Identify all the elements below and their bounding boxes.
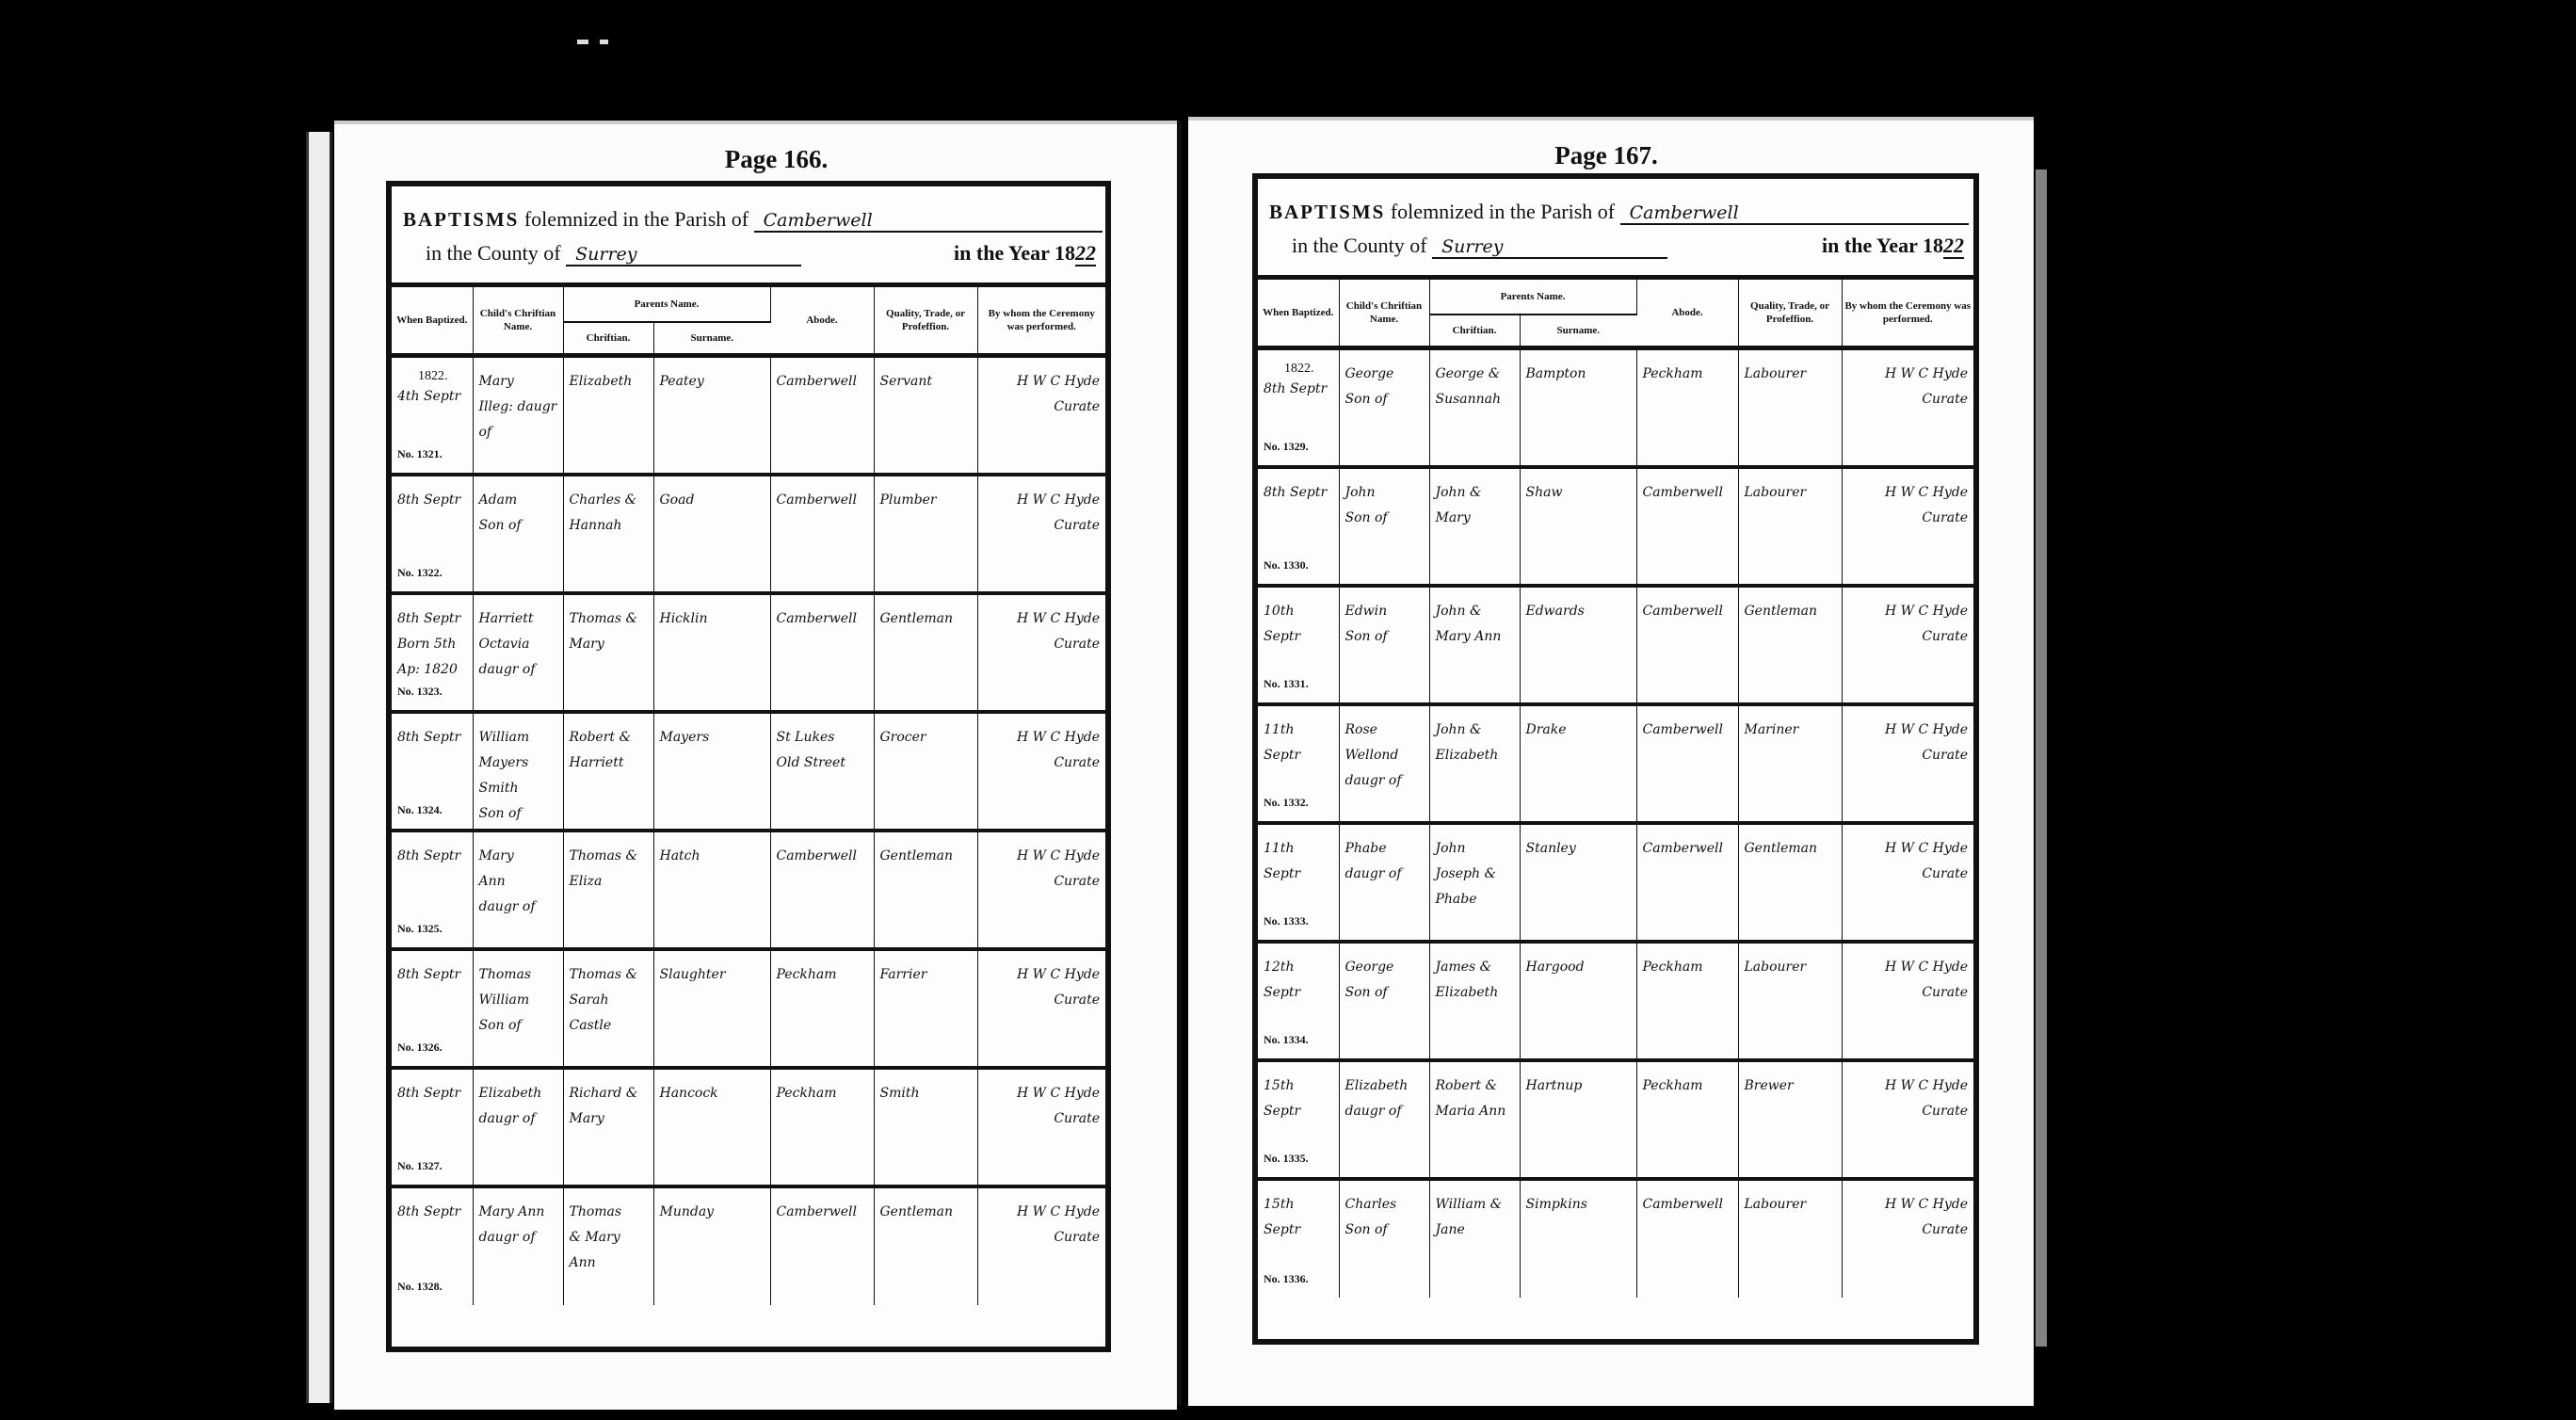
quality: Gentleman: [874, 831, 977, 949]
baptism-date: 8th Septr: [397, 848, 460, 863]
table-row: 8th SeptrNo. 1324. William Mayers Smith …: [392, 712, 1105, 831]
officiant: H W C Hyde Curate: [977, 356, 1105, 475]
officiant: H W C Hyde Curate: [1842, 1179, 1973, 1298]
child-name: Rose Wellond daugr of: [1339, 704, 1429, 823]
parent-surname: Hicklin: [653, 593, 770, 712]
baptism-date: 8th Septr: [397, 1086, 460, 1101]
abode: St Lukes Old Street: [770, 712, 874, 831]
child-name: Thomas William Son of: [473, 949, 563, 1068]
table-row: 8th SeptrNo. 1330. John Son of John & Ma…: [1258, 467, 1973, 586]
entry-number: No. 1322.: [397, 560, 443, 586]
form-title: BAPTISMS folemnized in the Parish of Cam…: [392, 186, 1105, 287]
parent-christian: John & Mary Ann: [1429, 586, 1520, 704]
baptism-date: 8th Septr: [397, 730, 460, 745]
col-surname: Surname.: [653, 322, 770, 356]
abode: Peckham: [1636, 1060, 1738, 1179]
parent-surname: Hatch: [653, 831, 770, 949]
parent-christian: Richard & Mary: [563, 1068, 653, 1186]
quality: Labourer: [1738, 942, 1842, 1060]
parent-surname: Slaughter: [653, 949, 770, 1068]
quality: Farrier: [874, 949, 977, 1068]
form-heading: BAPTISMS: [1269, 201, 1385, 223]
scan-mark: [600, 40, 608, 44]
parent-christian: John & Elizabeth: [1429, 704, 1520, 823]
col-child: Child's Chriftian Name.: [473, 287, 563, 356]
form-heading-text: folemnized in the Parish of: [1391, 200, 1615, 223]
child-name: Mary Illeg: daugr of: [473, 356, 563, 475]
parent-surname: Hancock: [653, 1068, 770, 1186]
county-label: in the County of: [426, 241, 561, 265]
parent-surname: Munday: [653, 1186, 770, 1305]
entry-number: No. 1326.: [397, 1035, 443, 1060]
table-row: 8th Septr Born 5th Ap: 1820No. 1323. Har…: [392, 593, 1105, 712]
parent-surname: Hargood: [1520, 942, 1636, 1060]
parent-christian: George & Susannah: [1429, 348, 1520, 467]
entry-number: No. 1328.: [397, 1274, 443, 1299]
scan-mark: [577, 40, 588, 44]
underlying-page-edge: [306, 132, 332, 1403]
entry-number: No. 1324.: [397, 798, 443, 823]
table-row: 8th SeptrNo. 1326. Thomas William Son of…: [392, 949, 1105, 1068]
parent-christian: Thomas & Mary Ann: [563, 1186, 653, 1305]
parent-christian: Robert & Harriett: [563, 712, 653, 831]
parish-field: Camberwell: [754, 210, 1103, 233]
baptism-date: 8th Septr: [397, 1204, 460, 1219]
quality: Brewer: [1738, 1060, 1842, 1179]
col-quality: Quality, Trade, or Profeffion.: [1738, 280, 1842, 348]
child-name: Mary Ann daugr of: [473, 1186, 563, 1305]
quality: Mariner: [1738, 704, 1842, 823]
child-name: John Son of: [1339, 467, 1429, 586]
entry-number: No. 1330.: [1264, 553, 1309, 578]
abode: Peckham: [1636, 348, 1738, 467]
quality: Labourer: [1738, 1179, 1842, 1298]
register-page-left: Page 166. BAPTISMS folemnized in the Par…: [334, 121, 1177, 1410]
form-heading-text: folemnized in the Parish of: [524, 207, 749, 231]
col-christian: Chriftian.: [563, 322, 653, 356]
entry-number: No. 1321.: [397, 442, 443, 467]
child-name: Adam Son of: [473, 475, 563, 593]
officiant: H W C Hyde Curate: [977, 593, 1105, 712]
col-parents: Parents Name.: [1429, 280, 1636, 315]
entry-number: No. 1331.: [1264, 671, 1309, 697]
parent-christian: John & Mary: [1429, 467, 1520, 586]
child-name: Elizabeth daugr of: [473, 1068, 563, 1186]
officiant: H W C Hyde Curate: [977, 831, 1105, 949]
table-row: 1822.4th SeptrNo. 1321. Mary Illeg: daug…: [392, 356, 1105, 475]
parish-field: Camberwell: [1620, 202, 1969, 225]
baptism-date: 10th Septr: [1264, 604, 1300, 644]
officiant: H W C Hyde Curate: [1842, 704, 1973, 823]
col-by-whom: By whom the Ceremony was performed.: [1842, 280, 1973, 348]
col-parents: Parents Name.: [563, 287, 770, 322]
table-row: 8th SeptrNo. 1327. Elizabeth daugr of Ri…: [392, 1068, 1105, 1186]
parent-surname: Peatey: [653, 356, 770, 475]
baptism-register-form: BAPTISMS folemnized in the Parish of Cam…: [386, 181, 1111, 1352]
child-name: Mary Ann daugr of: [473, 831, 563, 949]
officiant: H W C Hyde Curate: [1842, 823, 1973, 942]
child-name: George Son of: [1339, 942, 1429, 1060]
abode: Camberwell: [1636, 823, 1738, 942]
register-page-right: Page 167. BAPTISMS folemnized in the Par…: [1188, 117, 2034, 1406]
col-by-whom: By whom the Ceremony was performed.: [977, 287, 1105, 356]
officiant: H W C Hyde Curate: [977, 949, 1105, 1068]
parent-christian: Charles & Hannah: [563, 475, 653, 593]
form-heading: BAPTISMS: [403, 208, 519, 231]
baptism-date: 4th Septr: [397, 389, 460, 404]
abode: Camberwell: [770, 356, 874, 475]
baptism-table: When Baptized. Child's Chriftian Name. P…: [392, 287, 1105, 1305]
entry-number: No. 1336.: [1264, 1267, 1309, 1292]
entry-number: No. 1323.: [397, 679, 443, 704]
year-note: 1822.: [1264, 362, 1335, 377]
table-row: 1822.8th SeptrNo. 1329. George Son of Ge…: [1258, 348, 1973, 467]
table-row: 12th SeptrNo. 1334. George Son of James …: [1258, 942, 1973, 1060]
table-row: 15th SeptrNo. 1336. Charles Son of Willi…: [1258, 1179, 1973, 1298]
table-row: 10th SeptrNo. 1331. Edwin Son of John & …: [1258, 586, 1973, 704]
page-number: Page 166.: [355, 145, 1198, 174]
table-row: 11th SeptrNo. 1333. Phabe daugr of John …: [1258, 823, 1973, 942]
parent-surname: Mayers: [653, 712, 770, 831]
abode: Camberwell: [1636, 704, 1738, 823]
abode: Camberwell: [770, 475, 874, 593]
baptism-table: When Baptized. Child's Chriftian Name. P…: [1258, 280, 1973, 1298]
parent-christian: John Joseph & Phabe: [1429, 823, 1520, 942]
quality: Gentleman: [874, 1186, 977, 1305]
quality: Labourer: [1738, 348, 1842, 467]
year-field: in the Year 1822: [1822, 234, 1964, 258]
baptism-date: 8th Septr Born 5th Ap: 1820: [397, 611, 460, 677]
col-when: When Baptized.: [1258, 280, 1339, 348]
officiant: H W C Hyde Curate: [1842, 1060, 1973, 1179]
baptism-date: 8th Septr: [1264, 485, 1327, 500]
abode: Camberwell: [770, 1186, 874, 1305]
col-abode: Abode.: [770, 287, 874, 356]
child-name: Harriett Octavia daugr of: [473, 593, 563, 712]
parent-christian: James & Elizabeth: [1429, 942, 1520, 1060]
quality: Servant: [874, 356, 977, 475]
officiant: H W C Hyde Curate: [977, 1068, 1105, 1186]
officiant: H W C Hyde Curate: [1842, 348, 1973, 467]
col-christian: Chriftian.: [1429, 315, 1520, 348]
book-spine: [1177, 121, 1182, 1406]
officiant: H W C Hyde Curate: [1842, 942, 1973, 1060]
abode: Peckham: [1636, 942, 1738, 1060]
parent-christian: William & Jane: [1429, 1179, 1520, 1298]
child-name: Charles Son of: [1339, 1179, 1429, 1298]
table-row: 8th SeptrNo. 1328. Mary Ann daugr of Tho…: [392, 1186, 1105, 1305]
parent-christian: Thomas & Eliza: [563, 831, 653, 949]
officiant: H W C Hyde Curate: [977, 1186, 1105, 1305]
parent-surname: Shaw: [1520, 467, 1636, 586]
quality: Gentleman: [874, 593, 977, 712]
year-field: in the Year 1822: [954, 241, 1096, 266]
table-row: 11th SeptrNo. 1332. Rose Wellond daugr o…: [1258, 704, 1973, 823]
baptism-date: 11th Septr: [1264, 841, 1300, 881]
county-label: in the County of: [1292, 234, 1427, 257]
county-field: Surrey: [566, 244, 801, 266]
abode: Peckham: [770, 949, 874, 1068]
child-name: George Son of: [1339, 348, 1429, 467]
baptism-register-form: BAPTISMS folemnized in the Parish of Cam…: [1252, 173, 1979, 1345]
officiant: H W C Hyde Curate: [1842, 586, 1973, 704]
child-name: Phabe daugr of: [1339, 823, 1429, 942]
officiant: H W C Hyde Curate: [977, 475, 1105, 593]
col-abode: Abode.: [1636, 280, 1738, 348]
baptism-date: 15th Septr: [1264, 1197, 1300, 1237]
parent-surname: Bampton: [1520, 348, 1636, 467]
abode: Camberwell: [1636, 586, 1738, 704]
quality: Labourer: [1738, 467, 1842, 586]
col-surname: Surname.: [1520, 315, 1636, 348]
quality: Gentleman: [1738, 586, 1842, 704]
page-edge-shadow: [2036, 169, 2047, 1347]
table-row: 8th SeptrNo. 1325. Mary Ann daugr of Tho…: [392, 831, 1105, 949]
parent-christian: Robert & Maria Ann: [1429, 1060, 1520, 1179]
abode: Peckham: [770, 1068, 874, 1186]
child-name: Edwin Son of: [1339, 586, 1429, 704]
quality: Grocer: [874, 712, 977, 831]
parent-surname: Edwards: [1520, 586, 1636, 704]
entry-number: No. 1332.: [1264, 790, 1309, 815]
form-title: BAPTISMS folemnized in the Parish of Cam…: [1258, 179, 1973, 280]
abode: Camberwell: [1636, 1179, 1738, 1298]
quality: Gentleman: [1738, 823, 1842, 942]
entry-number: No. 1335.: [1264, 1146, 1309, 1171]
abode: Camberwell: [770, 831, 874, 949]
parent-surname: Stanley: [1520, 823, 1636, 942]
officiant: H W C Hyde Curate: [1842, 467, 1973, 586]
parent-surname: Goad: [653, 475, 770, 593]
col-when: When Baptized.: [392, 287, 473, 356]
baptism-date: 12th Septr: [1264, 960, 1300, 1000]
baptism-date: 8th Septr: [397, 967, 460, 982]
entry-number: No. 1334.: [1264, 1027, 1309, 1053]
baptism-date: 11th Septr: [1264, 722, 1300, 763]
table-row: 8th SeptrNo. 1322. Adam Son of Charles &…: [392, 475, 1105, 593]
baptism-date: 15th Septr: [1264, 1078, 1300, 1119]
officiant: H W C Hyde Curate: [977, 712, 1105, 831]
quality: Smith: [874, 1068, 977, 1186]
col-quality: Quality, Trade, or Profeffion.: [874, 287, 977, 356]
entry-number: No. 1325.: [397, 916, 443, 942]
parent-christian: Elizabeth: [563, 356, 653, 475]
child-name: Elizabeth daugr of: [1339, 1060, 1429, 1179]
baptism-date: 8th Septr: [1264, 381, 1327, 396]
parent-christian: Thomas & Mary: [563, 593, 653, 712]
parent-surname: Hartnup: [1520, 1060, 1636, 1179]
abode: Camberwell: [770, 593, 874, 712]
page-number: Page 167.: [1183, 141, 2029, 170]
year-note: 1822.: [397, 369, 469, 384]
child-name: William Mayers Smith Son of: [473, 712, 563, 831]
parent-surname: Simpkins: [1520, 1179, 1636, 1298]
county-field: Surrey: [1432, 236, 1667, 259]
entry-number: No. 1333.: [1264, 909, 1309, 934]
quality: Plumber: [874, 475, 977, 593]
entry-number: No. 1327.: [397, 1154, 443, 1179]
table-row: 15th SeptrNo. 1335. Elizabeth daugr of R…: [1258, 1060, 1973, 1179]
entry-number: No. 1329.: [1264, 434, 1309, 460]
abode: Camberwell: [1636, 467, 1738, 586]
col-child: Child's Chriftian Name.: [1339, 280, 1429, 348]
baptism-date: 8th Septr: [397, 492, 460, 508]
parent-christian: Thomas & Sarah Castle: [563, 949, 653, 1068]
parent-surname: Drake: [1520, 704, 1636, 823]
